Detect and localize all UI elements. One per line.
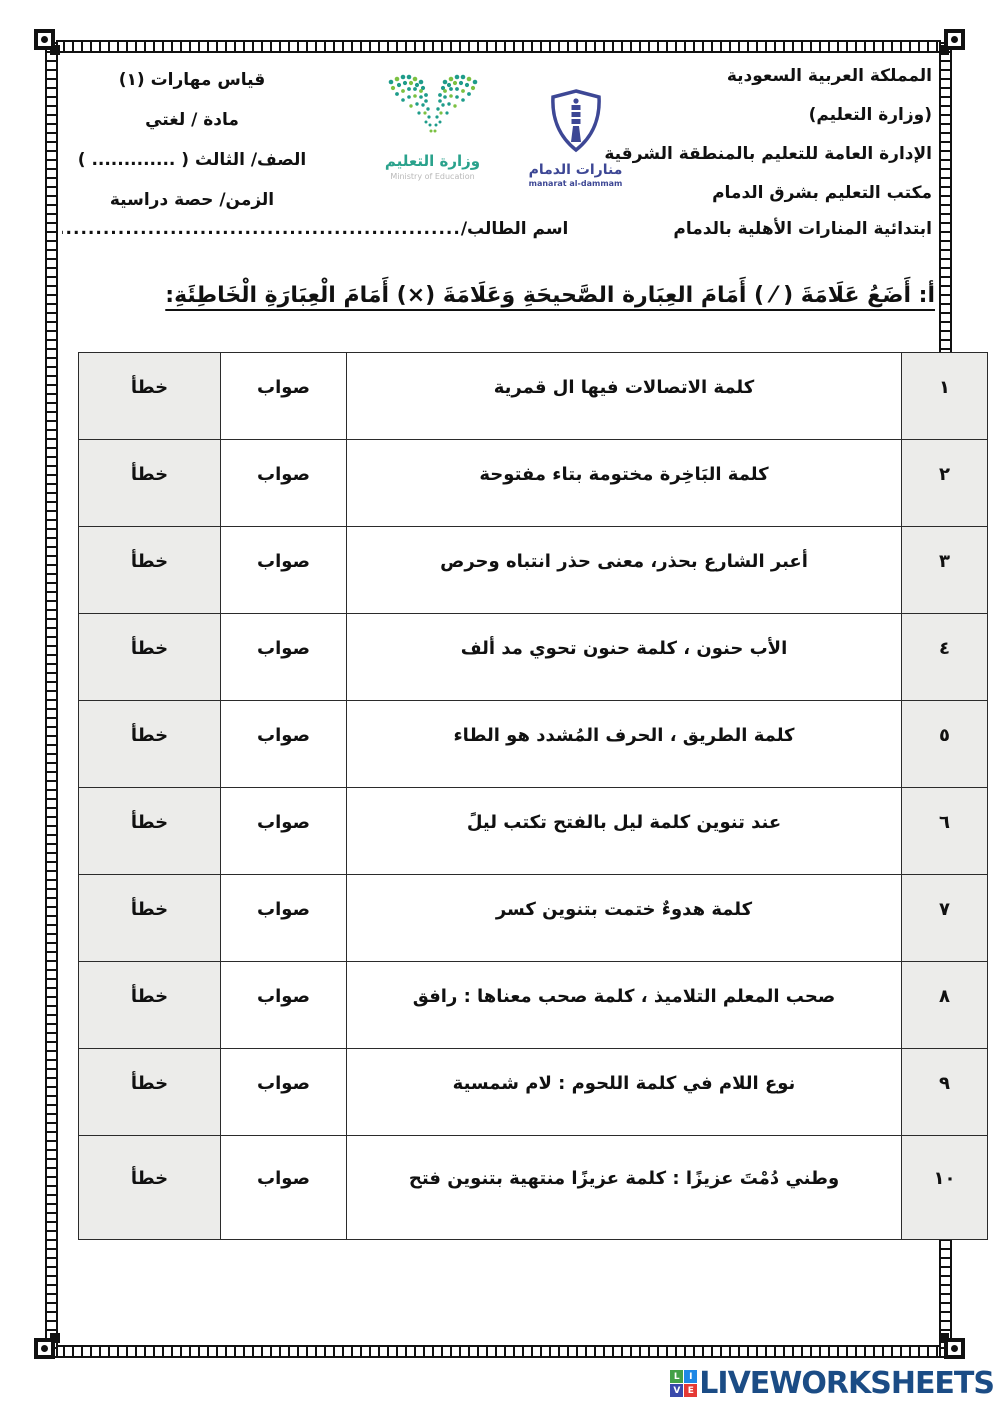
- student-name-label: اسم الطالب/: [461, 219, 569, 239]
- statement-cell: أعبر الشارع بحذر، معنى حذر انتباه وحرص: [347, 527, 902, 614]
- sawab-cell[interactable]: صواب: [221, 875, 347, 962]
- row-number: ٩: [902, 1049, 988, 1136]
- table-row: ٤ الأب حنون ، كلمة حنون تحوي مد ألف صواب…: [79, 614, 988, 701]
- school-name: ابتدائية المنارات الأهلية بالدمام: [673, 219, 932, 239]
- frame-bottom-border: [45, 1345, 952, 1358]
- frame-corner-ornament: [944, 1338, 965, 1359]
- statement-cell: نوع اللام في كلمة اللحوم : لام شمسية: [347, 1049, 902, 1136]
- logo-letter-v: V: [670, 1384, 683, 1397]
- ministry-of-education-logo: وزارة التعليم Ministry of Education: [360, 72, 505, 181]
- manarat-logo-arabic-title: منارات الدمام: [518, 162, 633, 178]
- table-row: ٧ كلمة هدوءٌ ختمت بتنوين كسر صواب خطأ: [79, 875, 988, 962]
- table-row: ٨ صحب المعلم التلاميذ ، كلمة صحب معناها …: [79, 962, 988, 1049]
- table-row: ٢ كلمة البَاخِرة مختومة بتاء مفتوحة صواب…: [79, 440, 988, 527]
- table-row: ٣ أعبر الشارع بحذر، معنى حذر انتباه وحرص…: [79, 527, 988, 614]
- row-number: ٤: [902, 614, 988, 701]
- row-number: ٢: [902, 440, 988, 527]
- manarat-shield-icon: [547, 88, 605, 156]
- header-line-time: الزمن/ حصة دراسية: [72, 180, 312, 220]
- table-row: ١٠ وطني دُمْتَ عزيزًا : كلمة عزيزًا منته…: [79, 1136, 988, 1240]
- statement-cell: عند تنوين كلمة ليل بالفتح تكتب ليلً: [347, 788, 902, 875]
- khata-cell[interactable]: خطأ: [79, 527, 221, 614]
- header-line-grade: الصف/ الثالث ( ............. ): [72, 140, 312, 180]
- frame-top-border: [45, 40, 952, 53]
- sawab-cell[interactable]: صواب: [221, 701, 347, 788]
- student-name-input-line[interactable]: ........................................…: [62, 219, 461, 239]
- khata-cell[interactable]: خطأ: [79, 1136, 221, 1240]
- sawab-cell[interactable]: صواب: [221, 962, 347, 1049]
- khata-cell[interactable]: خطأ: [79, 875, 221, 962]
- header-exam-block: قياس مهارات (١) مادة / لغتي الصف/ الثالث…: [72, 60, 312, 220]
- row-number: ١٠: [902, 1136, 988, 1240]
- statement-cell: كلمة البَاخِرة مختومة بتاء مفتوحة: [347, 440, 902, 527]
- manarat-dammam-logo: منارات الدمام manarat al-dammam: [518, 88, 633, 188]
- sawab-cell[interactable]: صواب: [221, 353, 347, 440]
- khata-cell[interactable]: خطأ: [79, 962, 221, 1049]
- sawab-cell[interactable]: صواب: [221, 440, 347, 527]
- table-row: ٦ عند تنوين كلمة ليل بالفتح تكتب ليلً صو…: [79, 788, 988, 875]
- khata-cell[interactable]: خطأ: [79, 440, 221, 527]
- statement-cell: كلمة هدوءٌ ختمت بتنوين كسر: [347, 875, 902, 962]
- student-name-row: ابتدائية المنارات الأهلية بالدمام اسم ال…: [62, 219, 932, 239]
- liveworksheets-logo-icon: L I V E: [670, 1370, 697, 1397]
- khata-cell[interactable]: خطأ: [79, 701, 221, 788]
- row-number: ١: [902, 353, 988, 440]
- statement-cell: الأب حنون ، كلمة حنون تحوي مد ألف: [347, 614, 902, 701]
- khata-cell[interactable]: خطأ: [79, 788, 221, 875]
- statement-cell: صحب المعلم التلاميذ ، كلمة صحب معناها : …: [347, 962, 902, 1049]
- row-number: ٨: [902, 962, 988, 1049]
- frame-corner-ornament: [34, 1338, 55, 1359]
- row-number: ٦: [902, 788, 988, 875]
- question-title: أ: أَضَعُ عَلَامَةَ ( ⁄ ) أَمَامَ العِبَ…: [65, 283, 935, 308]
- logo-letter-l: L: [670, 1370, 683, 1383]
- ministry-logo-english-subtitle: Ministry of Education: [360, 172, 505, 181]
- liveworksheets-brand-text: LIVEWORKSHEETS: [699, 1366, 994, 1401]
- sawab-cell[interactable]: صواب: [221, 1136, 347, 1240]
- statement-cell: كلمة الاتصالات فيها ال قمرية: [347, 353, 902, 440]
- khata-cell[interactable]: خطأ: [79, 1049, 221, 1136]
- ministry-logo-arabic-title: وزارة التعليم: [360, 152, 505, 170]
- table-row: ٩ نوع اللام في كلمة اللحوم : لام شمسية ص…: [79, 1049, 988, 1136]
- statement-cell: كلمة الطريق ، الحرف المُشدد هو الطاء: [347, 701, 902, 788]
- sawab-cell[interactable]: صواب: [221, 1049, 347, 1136]
- ministry-logo-dots-icon: [383, 72, 483, 146]
- frame-left-border: [45, 40, 58, 1358]
- true-false-table: ١ كلمة الاتصالات فيها ال قمرية صواب خطأ …: [78, 352, 988, 1240]
- logo-letter-i: I: [684, 1370, 697, 1383]
- logo-letter-e: E: [684, 1384, 697, 1397]
- row-number: ٧: [902, 875, 988, 962]
- row-number: ٥: [902, 701, 988, 788]
- header-line-skills-measure: قياس مهارات (١): [72, 60, 312, 100]
- statement-cell: وطني دُمْتَ عزيزًا : كلمة عزيزًا منتهية …: [347, 1136, 902, 1240]
- frame-corner-ornament: [34, 29, 55, 50]
- khata-cell[interactable]: خطأ: [79, 614, 221, 701]
- table-row: ١ كلمة الاتصالات فيها ال قمرية صواب خطأ: [79, 353, 988, 440]
- row-number: ٣: [902, 527, 988, 614]
- liveworksheets-footer: L I V E LIVEWORKSHEETS: [670, 1366, 994, 1401]
- sawab-cell[interactable]: صواب: [221, 788, 347, 875]
- manarat-logo-english-subtitle: manarat al-dammam: [518, 179, 633, 188]
- frame-corner-ornament: [944, 29, 965, 50]
- table-row: ٥ كلمة الطريق ، الحرف المُشدد هو الطاء ص…: [79, 701, 988, 788]
- worksheet-page: المملكة العربية السعودية (وزارة التعليم)…: [0, 0, 1000, 1413]
- header-line-subject: مادة / لغتي: [72, 100, 312, 140]
- khata-cell[interactable]: خطأ: [79, 353, 221, 440]
- sawab-cell[interactable]: صواب: [221, 614, 347, 701]
- sawab-cell[interactable]: صواب: [221, 527, 347, 614]
